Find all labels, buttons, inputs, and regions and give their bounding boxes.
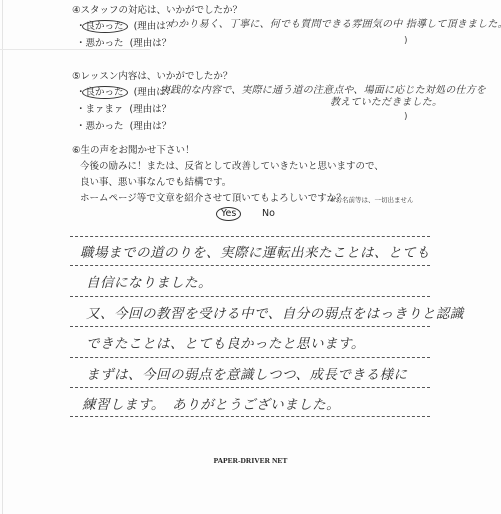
- q4-reason-label-bad: 理由は？: [133, 38, 171, 49]
- q6-line-3: ホームページ等で文章を紹介させて頂いてもよろしいですか？: [80, 193, 346, 205]
- q4-handwritten-answer: わかり易く、丁寧に、何でも質問できる雰囲気の中 指導して頂きました。: [168, 19, 501, 31]
- q5-handwritten-line1: 実践的な内容で、実際に通う道の注意点や、場面に応じた対処の仕方を: [160, 85, 486, 97]
- comment-rule-0: [70, 236, 430, 237]
- q5-reason-label-so-so: 理由は？: [133, 104, 171, 115]
- q4-option-bad: ・悪かった (理由は？: [76, 38, 171, 50]
- q5-option-so-so: ・まァまァ (理由は？: [76, 104, 171, 116]
- q5-reason-label-bad: 理由は？: [133, 121, 171, 132]
- q5-close-paren: ): [404, 112, 408, 122]
- q6-line-2: 良い事、悪い事なんでも結構です。: [80, 177, 231, 189]
- q5-handwritten-line2: 教えていただきました。: [330, 97, 442, 109]
- q6-no-option: No: [262, 208, 275, 220]
- q4-option-good: ・良かった (理由は？: [76, 21, 175, 33]
- q4-option-good-label: 良かった: [82, 20, 128, 33]
- comment-rule-2: [70, 296, 430, 297]
- scan-edge: [2, 0, 3, 514]
- comment-rule-5: [70, 387, 430, 388]
- q6-privacy-note: ※お名前等は、一切出ません: [330, 195, 413, 204]
- comment-rule-6: [70, 416, 430, 417]
- footer-brand: PAPER-DRIVER NET: [0, 456, 501, 465]
- q4-title: ④スタッフの対応は、いかがでしたか？: [72, 5, 242, 17]
- q5-option-bad-label: 悪かった: [86, 121, 124, 132]
- comment-line-1: 職場までの道のりを、実際に運転出来たことは、とても: [80, 245, 430, 261]
- q4-close-paren: ): [404, 36, 408, 46]
- q6-line-1: 今後の励みに！または、反省として改善していきたいと思いますので、: [80, 161, 384, 173]
- comment-line-3: 又、今回の教習を受ける中で、自分の弱点をはっきりと認識: [86, 306, 464, 322]
- comment-line-2: 自信になりました。: [86, 275, 212, 291]
- q6-yes-label: Yes: [216, 207, 241, 221]
- q5-title: ⑤レッスン内容は、いかがでしたか？: [72, 71, 232, 83]
- scanned-survey-page: ④スタッフの対応は、いかがでしたか？ ・良かった (理由は？ わかり易く、丁寧に…: [0, 0, 501, 514]
- comment-rule-1: [70, 265, 430, 266]
- comment-rule-3: [70, 326, 430, 327]
- q6-yes-option: Yes: [216, 207, 241, 221]
- q4-option-bad-label: 悪かった: [86, 38, 124, 49]
- comment-rule-4: [70, 357, 430, 358]
- comment-line-4: できたことは、とても良かったと思います。: [86, 336, 365, 352]
- q5-option-bad: ・悪かった (理由は？: [76, 121, 171, 133]
- comment-line-6: 練習します。 ありがとうございました。: [82, 397, 340, 413]
- q5-option-good-label: 良かった: [82, 86, 128, 99]
- q6-title: ⑥生の声をお聞かせ下さい！: [72, 145, 195, 157]
- q5-option-so-so-label: まァまァ: [86, 104, 124, 115]
- comment-line-5: まずは、今回の弱点を意識しつつ、成長できる様に: [86, 367, 407, 383]
